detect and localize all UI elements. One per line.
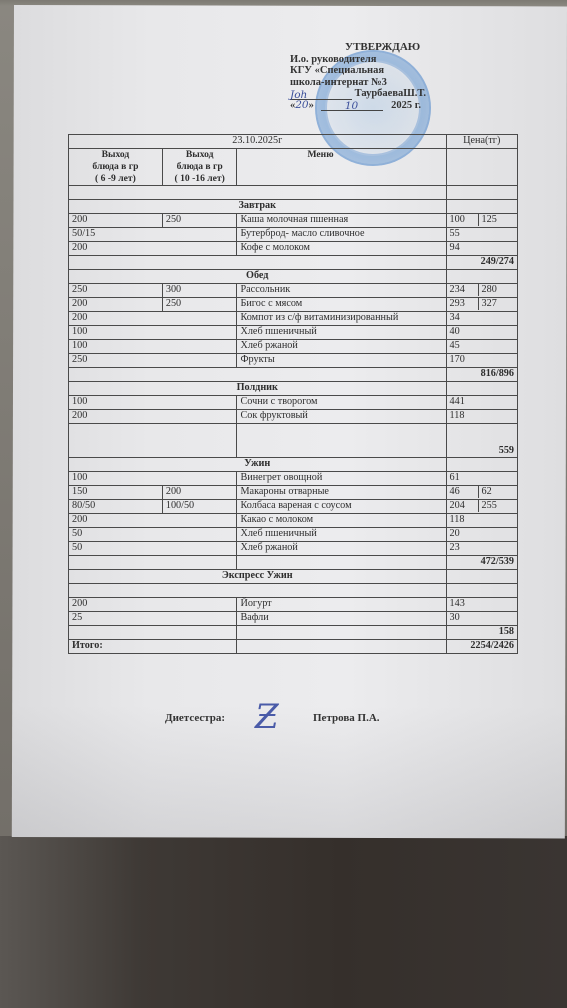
price-pair: 204255	[450, 500, 514, 512]
section-title: Обед	[69, 270, 447, 284]
out-young: 200	[69, 298, 163, 312]
price-old: 327	[478, 298, 510, 310]
out-young: 200	[69, 598, 237, 612]
out-old: 200	[162, 486, 237, 500]
header-line: Выход	[166, 149, 234, 161]
price-young: 55	[450, 228, 460, 239]
dietitian-signature: Ƶ	[255, 700, 279, 734]
out-young: 200	[69, 410, 237, 424]
dish-name: Какао с молоком	[237, 514, 446, 528]
spacer-row	[69, 186, 518, 200]
price-young: 170	[450, 354, 465, 365]
price-young: 94	[450, 242, 460, 253]
subtotal-blank	[69, 256, 447, 270]
price-cell: 61	[446, 472, 517, 486]
subtotal-blank	[237, 556, 446, 570]
price-cell: 20	[446, 528, 517, 542]
approval-signer: ТаурбаеваШ.Т.	[355, 88, 426, 99]
price-cell: 204255	[446, 500, 517, 514]
dish-name: Фрукты	[237, 354, 446, 368]
price-young: 34	[450, 312, 460, 323]
out-old: 250	[162, 214, 237, 228]
section-subtotal: 559	[446, 424, 517, 458]
menu-item-row: 200Йогурт143	[69, 598, 518, 612]
menu-item-row: 100Хлеб пшеничный40	[69, 326, 518, 340]
out-young: 250	[69, 354, 237, 368]
menu-item-row: 250300Рассольник234280	[69, 284, 518, 298]
price-young: 30	[450, 612, 460, 623]
section-header-row: Полдник	[69, 382, 518, 396]
out-young: 150	[69, 486, 163, 500]
price-young: 23	[450, 542, 460, 553]
spacer-cell	[446, 186, 517, 200]
price-cell: 40	[446, 326, 517, 340]
approval-date-day: 20	[295, 99, 308, 111]
out-young: 50/15	[69, 228, 237, 242]
price-old: 255	[478, 500, 510, 512]
dish-name: Йогурт	[237, 598, 446, 612]
out-young: 200	[69, 242, 237, 256]
col-out-young-header: Выходблюда в гр( 6 -9 лет)	[69, 149, 163, 186]
price-young: 234	[450, 284, 478, 296]
out-young: 250	[69, 284, 163, 298]
price-cell: 118	[446, 514, 517, 528]
price-young: 143	[450, 598, 465, 609]
section-subtotal: 249/274	[446, 256, 517, 270]
approval-org-line2: школа-интернат №3	[290, 77, 426, 89]
dish-name: Вафли	[237, 612, 446, 626]
table-surface	[0, 836, 567, 1008]
price-young: 118	[450, 514, 465, 525]
subtotal-row: 249/274	[69, 256, 518, 270]
price-cell: 55	[446, 228, 517, 242]
price-young: 100	[450, 214, 478, 226]
dish-name: Колбаса вареная с соусом	[237, 500, 446, 514]
header-line: Выход	[72, 149, 159, 161]
price-header: Цена(тг)	[446, 135, 517, 149]
dish-name: Сочни с творогом	[237, 396, 446, 410]
menu-item-row: 200250Бигос с мясом293327	[69, 298, 518, 312]
price-young: 45	[450, 340, 460, 351]
out-young: 200	[69, 214, 163, 228]
header-line: ( 6 -9 лет)	[72, 173, 159, 185]
price-pair: 4662	[450, 486, 514, 498]
price-cell: 234280	[446, 284, 517, 298]
date-quote-close: »	[309, 100, 314, 111]
out-young: 50	[69, 528, 237, 542]
price-cell: 118	[446, 410, 517, 424]
subtotal-row: 816/896	[69, 368, 518, 382]
dish-name: Компот из с/ф витаминизированный	[237, 312, 446, 326]
total-value: 2254/2426	[446, 640, 517, 654]
total-label: Итого:	[69, 640, 237, 654]
subtotal-blank	[69, 368, 447, 382]
menu-item-row: 50/15Бутерброд- масло сливочное55	[69, 228, 518, 242]
out-old: 100/50	[162, 500, 237, 514]
section-header-row: Обед	[69, 270, 518, 284]
menu-item-row: 250Фрукты170	[69, 354, 518, 368]
dish-name: Хлеб пшеничный	[237, 528, 446, 542]
out-young: 200	[69, 312, 237, 326]
menu-item-row: 100Винегрет овощной61	[69, 472, 518, 486]
price-cell: 30	[446, 612, 517, 626]
dish-name: Винегрет овощной	[237, 472, 446, 486]
dish-name: Хлеб пшеничный	[237, 326, 446, 340]
menu-header: Меню	[237, 149, 446, 186]
price-old: 280	[478, 284, 510, 296]
spacer-cell	[69, 584, 447, 598]
menu-item-row: 200Кофе с молоком94	[69, 242, 518, 256]
price-cell: 143	[446, 598, 517, 612]
menu-item-row: 50Хлеб ржаной23	[69, 542, 518, 556]
section-price-blank	[446, 270, 517, 284]
section-price-blank	[446, 382, 517, 396]
section-price-blank	[446, 570, 517, 584]
menu-item-row: 50Хлеб пшеничный20	[69, 528, 518, 542]
dish-name: Бутерброд- масло сливочное	[237, 228, 446, 242]
price-old: 125	[478, 214, 510, 226]
dish-name: Каша молочная пшенная	[237, 214, 446, 228]
dietitian-name: Петрова П.А.	[313, 712, 380, 724]
price-young: 293	[450, 298, 478, 310]
out-young: 200	[69, 514, 237, 528]
out-old: 250	[162, 298, 237, 312]
subtotal-blank	[69, 424, 237, 458]
price-young: 61	[450, 472, 460, 483]
approval-date-row: «20» 10 2025 г.	[290, 100, 426, 112]
price-cell: 94	[446, 242, 517, 256]
price-cell: 170	[446, 354, 517, 368]
price-young: 118	[450, 410, 465, 421]
section-subtotal: 472/539	[446, 556, 517, 570]
spacer-cell	[69, 186, 447, 200]
out-young: 25	[69, 612, 237, 626]
out-young: 100	[69, 396, 237, 410]
out-young: 100	[69, 472, 237, 486]
section-title: Полдник	[69, 382, 447, 396]
header-line: блюда в гр	[166, 161, 234, 173]
approval-title: УТВЕРЖДАЮ	[290, 42, 426, 54]
spacer-row	[69, 584, 518, 598]
total-row: Итого:2254/2426	[69, 640, 518, 654]
price-old: 62	[478, 486, 510, 498]
col-out-old-header: Выходблюда в гр( 10 -16 лет)	[162, 149, 237, 186]
dish-name: Рассольник	[237, 284, 446, 298]
subtotal-blank	[69, 626, 237, 640]
section-header-row: Экспресс Ужин	[69, 570, 518, 584]
section-subtotal: 158	[446, 626, 517, 640]
price-cell: 45	[446, 340, 517, 354]
dish-name: Сок фруктовый	[237, 410, 446, 424]
approval-org-line1: КГУ «Специальная	[290, 65, 426, 77]
price-young: 204	[450, 500, 478, 512]
menu-item-row: 100Хлеб ржаной45	[69, 340, 518, 354]
subtotal-row: 158	[69, 626, 518, 640]
price-header-blank	[446, 149, 517, 186]
dietitian-label: Диетсестра:	[165, 712, 225, 724]
out-young: 50	[69, 542, 237, 556]
approval-block: УТВЕРЖДАЮ И.о. руководителя КГУ «Специал…	[290, 42, 426, 111]
price-cell: 34	[446, 312, 517, 326]
subtotal-blank	[237, 424, 446, 458]
menu-item-row: 200250Каша молочная пшенная100125	[69, 214, 518, 228]
column-header-row: Выходблюда в гр( 6 -9 лет)Выходблюда в г…	[69, 149, 518, 186]
menu-item-row: 25Вафли30	[69, 612, 518, 626]
paper-shadow	[12, 705, 565, 838]
price-pair: 234280	[450, 284, 514, 296]
dish-name: Кофе с молоком	[237, 242, 446, 256]
price-pair: 100125	[450, 214, 514, 226]
price-young: 46	[450, 486, 478, 498]
dish-name: Хлеб ржаной	[237, 340, 446, 354]
subtotal-blank	[237, 626, 446, 640]
menu-item-row: 200Компот из с/ф витаминизированный34	[69, 312, 518, 326]
out-old: 300	[162, 284, 237, 298]
price-cell: 23	[446, 542, 517, 556]
out-young: 100	[69, 326, 237, 340]
price-cell: 293327	[446, 298, 517, 312]
total-blank	[237, 640, 446, 654]
date-row: 23.10.2025гЦена(тг)	[69, 135, 518, 149]
section-title: Ужин	[69, 458, 447, 472]
section-header-row: Завтрак	[69, 200, 518, 214]
section-price-blank	[446, 200, 517, 214]
spacer-cell	[446, 584, 517, 598]
section-subtotal: 816/896	[446, 368, 517, 382]
price-young: 441	[450, 396, 465, 407]
menu-item-row: 200Какао с молоком118	[69, 514, 518, 528]
subtotal-row: 559	[69, 424, 518, 458]
dish-name: Бигос с мясом	[237, 298, 446, 312]
menu-item-row: 200Сок фруктовый118	[69, 410, 518, 424]
menu-item-row: 150200Макароны отварные4662	[69, 486, 518, 500]
header-line: ( 10 -16 лет)	[166, 173, 234, 185]
subtotal-row: 472/539	[69, 556, 518, 570]
section-header-row: Ужин	[69, 458, 518, 472]
menu-table: 23.10.2025гЦена(тг)Выходблюда в гр( 6 -9…	[68, 134, 518, 654]
price-cell: 4662	[446, 486, 517, 500]
price-cell: 441	[446, 396, 517, 410]
out-young: 80/50	[69, 500, 163, 514]
approval-date-year: 2025 г.	[391, 100, 421, 111]
price-cell: 100125	[446, 214, 517, 228]
price-young: 40	[450, 326, 460, 337]
out-young: 100	[69, 340, 237, 354]
subtotal-blank	[69, 556, 237, 570]
menu-item-row: 80/50100/50Колбаса вареная с соусом20425…	[69, 500, 518, 514]
menu-date: 23.10.2025г	[69, 135, 447, 149]
section-price-blank	[446, 458, 517, 472]
dish-name: Хлеб ржаной	[237, 542, 446, 556]
price-pair: 293327	[450, 298, 514, 310]
dish-name: Макароны отварные	[237, 486, 446, 500]
approval-date-month: 10	[321, 101, 383, 111]
approval-position: И.о. руководителя	[290, 54, 426, 66]
menu-item-row: 100Сочни с творогом441	[69, 396, 518, 410]
section-title: Завтрак	[69, 200, 447, 214]
section-title: Экспресс Ужин	[69, 570, 447, 584]
approval-signature-row: Joh ТаурбаеваШ.Т.	[290, 88, 426, 100]
header-line: блюда в гр	[72, 161, 159, 173]
price-young: 20	[450, 528, 460, 539]
